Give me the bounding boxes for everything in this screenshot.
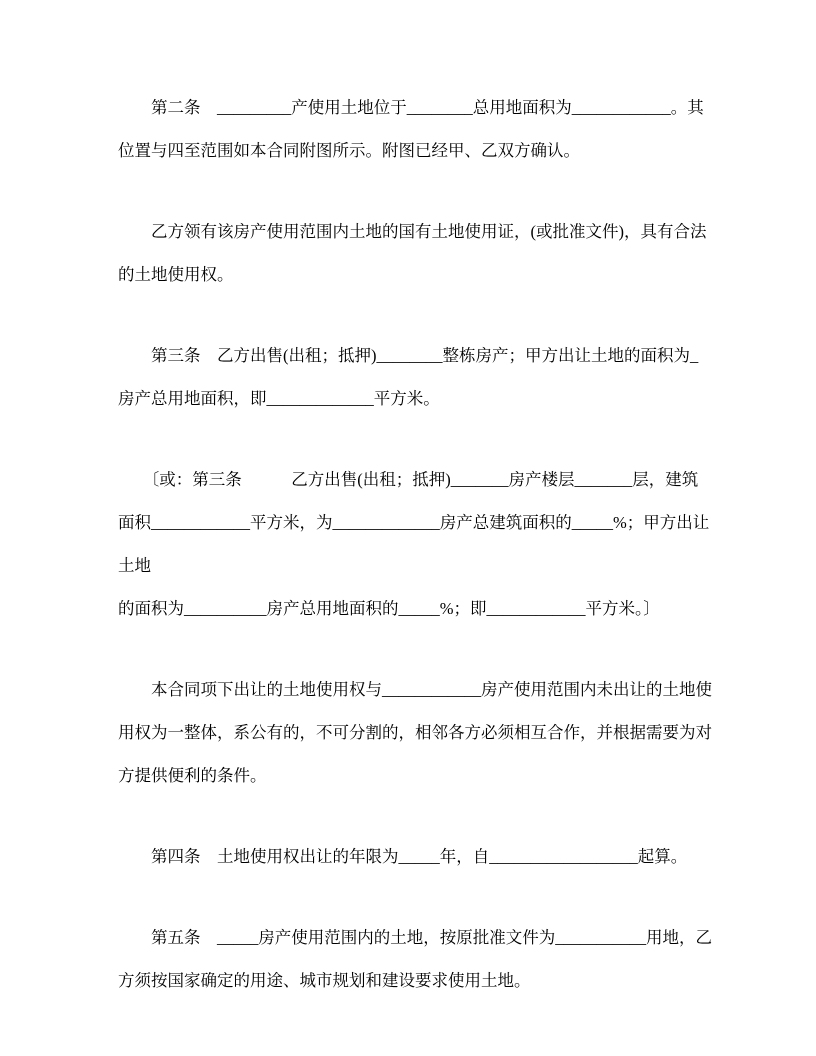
clause-3-paragraph: 第三条 乙方出售(出租；抵押)________整栋房产；甲方出让土地的面积为_ … (118, 334, 718, 420)
document-body: 第二条 _________产使用土地位于________总用地面积为______… (118, 86, 718, 1040)
document-line: 〔或：第三条 乙方出售(出租；抵押)_______房产楼层_______层，建筑 (118, 458, 718, 501)
document-line: 的面积为__________房产总用地面积的_____%；即__________… (118, 587, 718, 630)
document-line: 用权为一整体，系公有的，不可分割的，相邻各方必须相互合作，并根据需要为对 (118, 711, 718, 754)
document-line: 位置与四至范围如本合同附图所示。附图已经甲、乙双方确认。 (118, 129, 718, 172)
document-line: 第四条 土地使用权出让的年限为_____年，自_________________… (118, 835, 718, 878)
clause-4-paragraph: 第四条 土地使用权出让的年限为_____年，自_________________… (118, 835, 718, 878)
clause-5-paragraph: 第五条 _____房产使用范围内的土地，按原批准文件为___________用地… (118, 916, 718, 1002)
document-line: 第五条 _____房产使用范围内的土地，按原批准文件为___________用地… (118, 916, 718, 959)
document-line: 面积____________平方米，为_____________房产总建筑面积的… (118, 501, 718, 587)
document-page: 第二条 _________产使用土地位于________总用地面积为______… (0, 0, 816, 1056)
document-line: 房产总用地面积，即_____________平方米。 (118, 377, 718, 420)
document-line: 本合同项下出让的土地使用权与____________房产使用范围内未出让的土地使 (118, 668, 718, 711)
clause-2-land-cert-paragraph: 乙方领有该房产使用范围内土地的国有土地使用证，(或批准文件)，具有合法 的土地使… (118, 210, 718, 296)
document-line: 第三条 乙方出售(出租；抵押)________整栋房产；甲方出让土地的面积为_ (118, 334, 718, 377)
clause-3-alternative-paragraph: 〔或：第三条 乙方出售(出租；抵押)_______房产楼层_______层，建筑… (118, 458, 718, 630)
document-line: 方提供便利的条件。 (118, 754, 718, 797)
document-line: 的土地使用权。 (118, 253, 718, 296)
document-line: 乙方领有该房产使用范围内土地的国有土地使用证，(或批准文件)，具有合法 (118, 210, 718, 253)
shared-land-use-right-paragraph: 本合同项下出让的土地使用权与____________房产使用范围内未出让的土地使… (118, 668, 718, 797)
document-line: 方须按国家确定的用途、城市规划和建设要求使用土地。 (118, 959, 718, 1002)
document-line: 第二条 _________产使用土地位于________总用地面积为______… (118, 86, 718, 129)
clause-2-paragraph: 第二条 _________产使用土地位于________总用地面积为______… (118, 86, 718, 172)
